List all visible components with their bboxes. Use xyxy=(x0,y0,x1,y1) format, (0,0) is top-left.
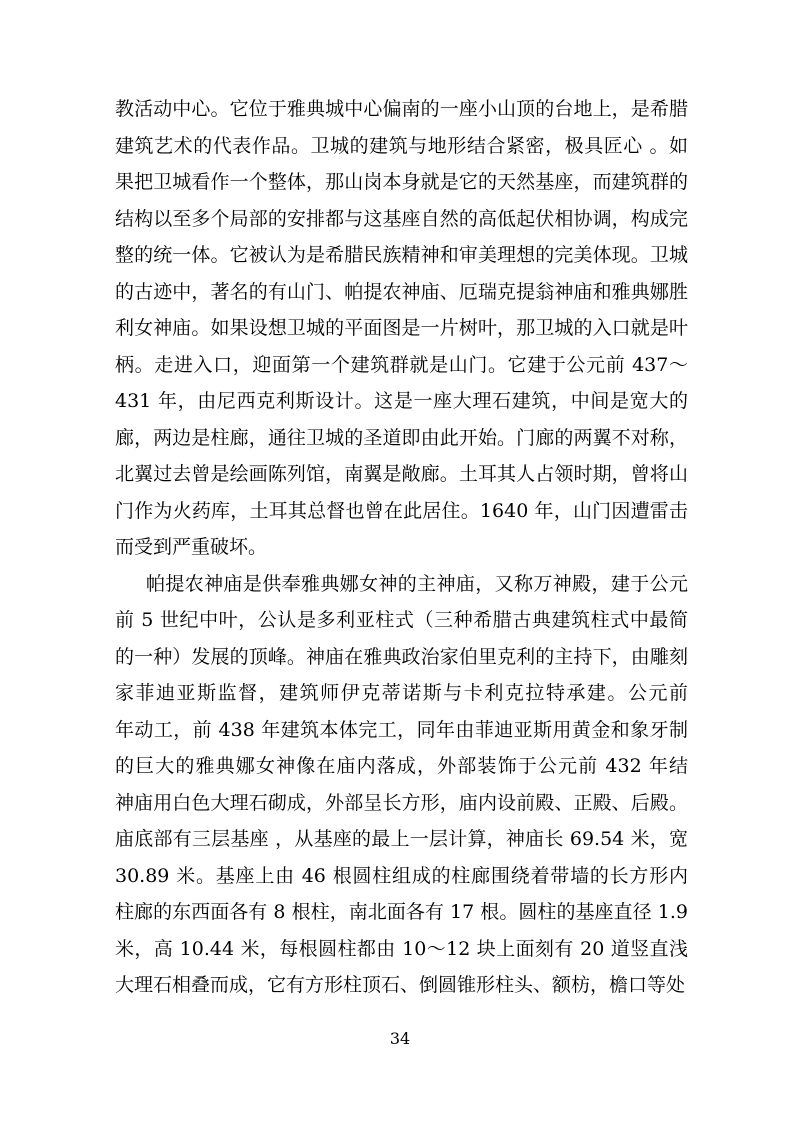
page-footer: 34 xyxy=(0,1029,800,1048)
text-line: 帕提农神庙是供奉雅典娜女神的主神庙，又称万神殿，建于公元 xyxy=(115,566,688,603)
text-line: 大理石相叠而成，它有方形柱顶石、倒圆锥形柱头、额枋，檐口等处 xyxy=(115,967,688,1004)
text-line: 的一种）发展的顶峰。神庙在雅典政治家伯里克利的主持下，由雕刻 xyxy=(115,639,688,676)
text-line: 柱廊的东西面各有 8 根柱，南北面各有 17 根。圆柱的基座直径 1.9 xyxy=(115,894,688,931)
text-line: 而受到严重破坏。 xyxy=(115,529,688,566)
text-line: 家菲迪亚斯监督，建筑师伊克蒂诺斯与卡利克拉特承建。公元前 447 xyxy=(115,675,688,712)
text-line: 前 5 世纪中叶，公认是多利亚柱式（三种希腊古典建筑柱式中最简单 xyxy=(115,602,688,639)
page-number: 34 xyxy=(390,1029,410,1048)
text-line: 果把卫城看作一个整体，那山岗本身就是它的天然基座，而建筑群的 xyxy=(115,164,688,201)
text-line: 教活动中心。它位于雅典城中心偏南的一座小山顶的台地上，是希腊 xyxy=(115,91,688,128)
document-page: 教活动中心。它位于雅典城中心偏南的一座小山顶的台地上，是希腊建筑艺术的代表作品。… xyxy=(0,0,800,1131)
document-body: 教活动中心。它位于雅典城中心偏南的一座小山顶的台地上，是希腊建筑艺术的代表作品。… xyxy=(115,91,688,1004)
text-line: 的古迹中，著名的有山门、帕提农神庙、厄瑞克提翁神庙和雅典娜胜 xyxy=(115,274,688,311)
text-line: 30.89 米。基座上由 46 根圆柱组成的柱廊围绕着带墙的长方形内殿， xyxy=(115,858,688,895)
text-line: 神庙用白色大理石砌成，外部呈长方形，庙内设前殿、正殿、后殿。 xyxy=(115,785,688,822)
text-line: 的巨大的雅典娜女神像在庙内落成，外部装饰于公元前 432 年结束。 xyxy=(115,748,688,785)
text-line: 米，高 10.44 米，每根圆柱都由 10～12 块上面刻有 20 道竖直浅槽的 xyxy=(115,931,688,968)
text-line: 门作为火药库，土耳其总督也曾在此居住。1640 年，山门因遭雷击 xyxy=(115,493,688,530)
text-line: 柄。走进入口，迎面第一个建筑群就是山门。它建于公元前 437～前 xyxy=(115,347,688,384)
text-line: 结构以至多个局部的安排都与这基座自然的高低起伏相协调，构成完 xyxy=(115,201,688,238)
text-line: 年动工，前 438 年建筑本体完工，同年由菲迪亚斯用黄金和象牙制作 xyxy=(115,712,688,749)
text-line: 整的统一体。它被认为是希腊民族精神和审美理想的完美体现。卫城 xyxy=(115,237,688,274)
text-line: 廊，两边是柱廊，通往卫城的圣道即由此开始。门廊的两翼不对称， xyxy=(115,420,688,457)
text-line: 建筑艺术的代表作品。卫城的建筑与地形结合紧密，极具匠心 。如 xyxy=(115,128,688,165)
text-line: 431 年，由尼西克利斯设计。这是一座大理石建筑，中间是宽大的门 xyxy=(115,383,688,420)
paragraph: 教活动中心。它位于雅典城中心偏南的一座小山顶的台地上，是希腊建筑艺术的代表作品。… xyxy=(115,91,688,566)
text-line: 利女神庙。如果设想卫城的平面图是一片树叶，那卫城的入口就是叶 xyxy=(115,310,688,347)
text-line: 庙底部有三层基座 ，从基座的最上一层计算，神庙长 69.54 米，宽 xyxy=(115,821,688,858)
text-line: 北翼过去曾是绘画陈列馆，南翼是敞廊。土耳其人占领时期，曾将山 xyxy=(115,456,688,493)
paragraph: 帕提农神庙是供奉雅典娜女神的主神庙，又称万神殿，建于公元前 5 世纪中叶，公认是… xyxy=(115,566,688,1004)
